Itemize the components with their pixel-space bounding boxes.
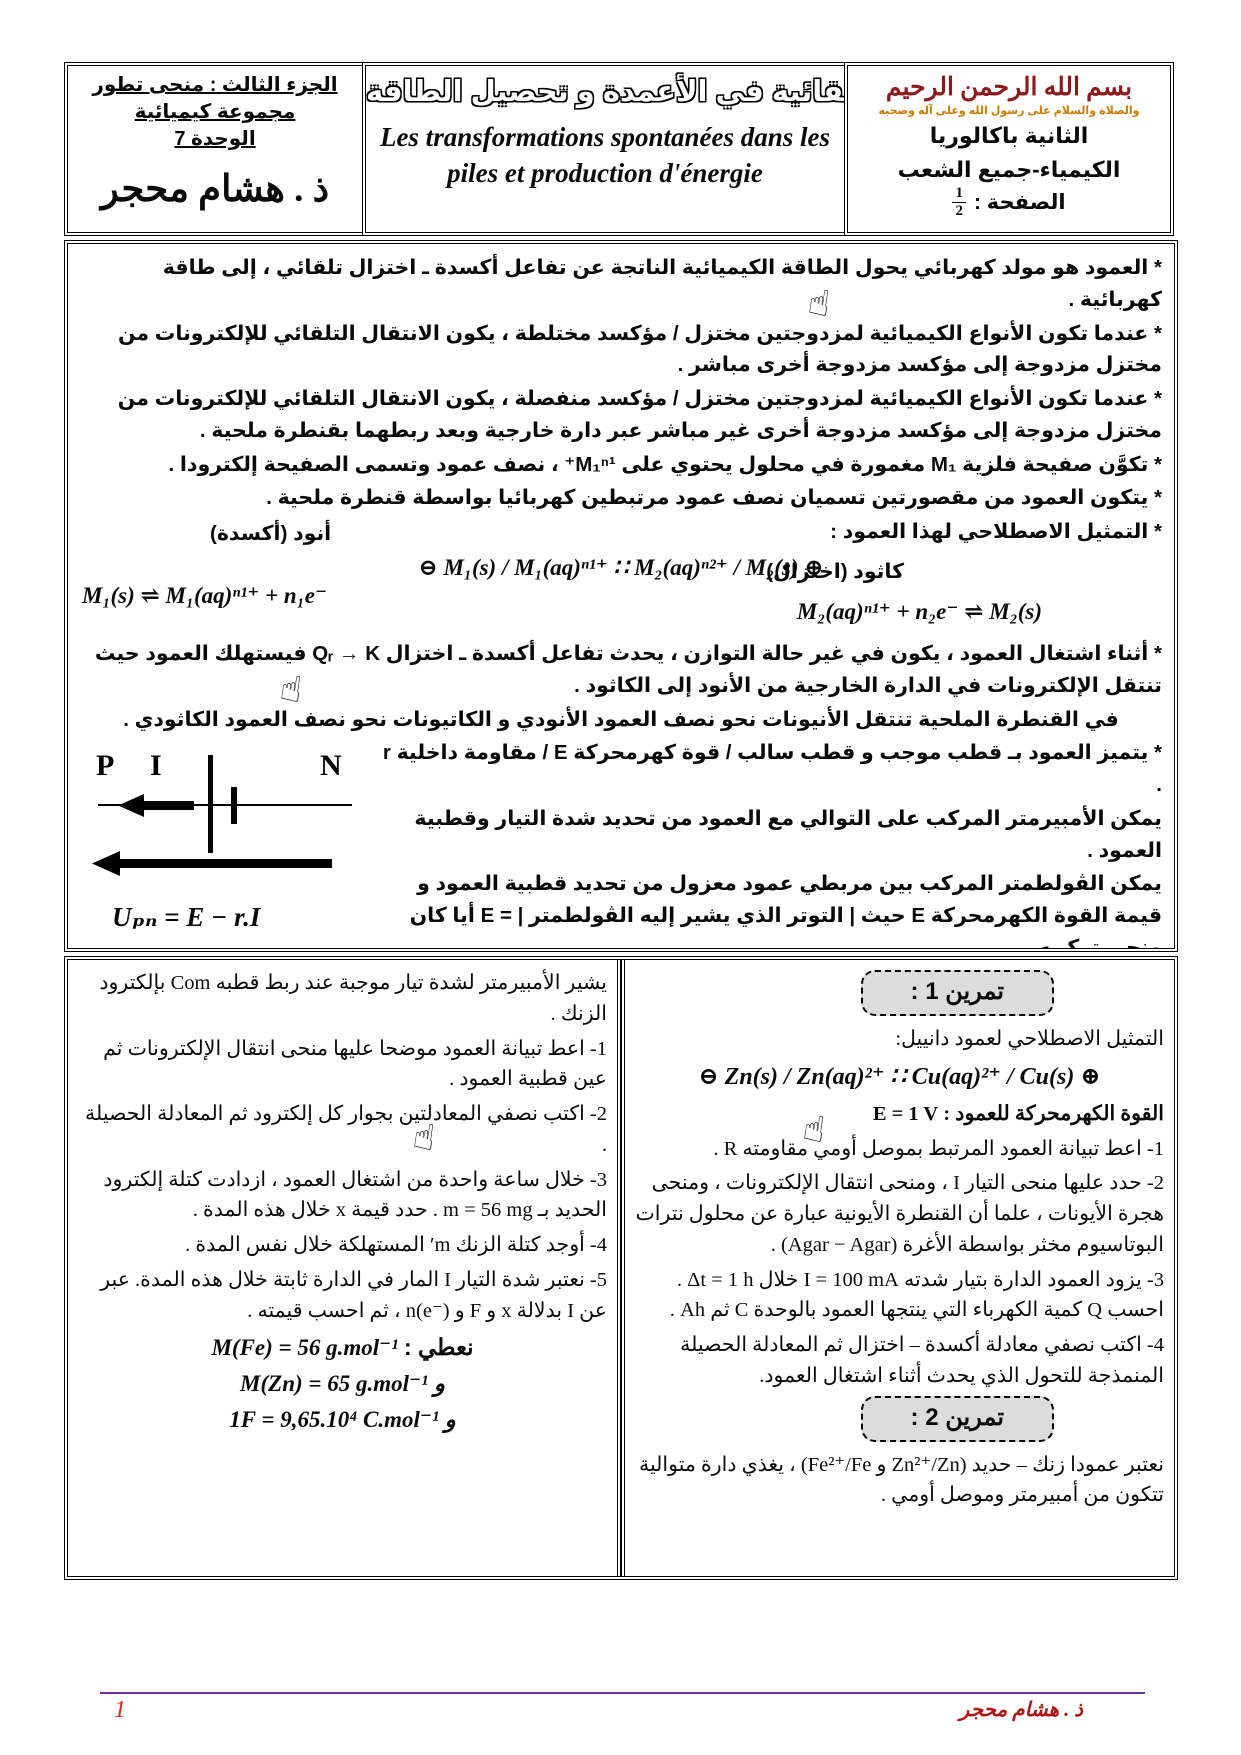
- footer-page-number: 1: [114, 1697, 126, 1724]
- given-line-1: نعطي : M(Fe) = 56 g.mol⁻¹: [78, 1330, 607, 1366]
- exercise-1-emf: القوة الكهرمحركة للعمود : E = 1 V: [635, 1099, 1164, 1130]
- footer-row: 1 ذ . هشام محجر: [100, 1697, 1145, 1724]
- given-data-block: نعطي : M(Fe) = 56 g.mol⁻¹ و M(Zn) = 65 g…: [78, 1330, 607, 1437]
- teacher-signature: ذ . هشام محجر: [68, 167, 362, 211]
- voltage-arrow-shaft: [118, 859, 332, 868]
- footer-divider: [100, 1692, 1145, 1694]
- page-fraction-numerator: 1: [952, 186, 966, 203]
- lesson-title-french-line1: Les transformations spontanées dans les: [366, 119, 844, 155]
- unit-line-2: مجموعة كيميائية: [68, 99, 362, 126]
- circuit-label-p: P: [96, 749, 114, 782]
- exercises-right-column: تمرين 1 : التمثيل الاصطلاحي لعمود دانييل…: [621, 960, 1174, 1576]
- lesson-point-2: * عندما تكون الأنواع الكيميائية لمزدوجتي…: [80, 318, 1162, 382]
- page-fraction-denominator: 2: [952, 203, 966, 219]
- lesson-title-french-line2: piles et production d'énergie: [366, 155, 844, 191]
- exercises-left-column: يشير الأمبيرمتر لشدة تيار موجبة عند ربط …: [68, 960, 621, 1576]
- lesson-point-4: * تكوَّن صفيحة فلزية M₁ مغمورة في محلول …: [80, 449, 1162, 481]
- anode-half-equation: M₁(s) ⇌ M₁(aq)ⁿ¹⁺ + n₁e⁻: [82, 578, 327, 614]
- lesson-point-3: * عندما تكون الأنواع الكيميائية لمزدوجتي…: [80, 383, 1162, 447]
- lesson-point-6: * التمثيل الاصطلاحي لهذا العمود :: [830, 516, 1162, 548]
- exercise-2-lead: يشير الأمبيرمتر لشدة تيار موجبة عند ربط …: [78, 968, 607, 1030]
- daniell-cell-notation: ⊖ Zn(s) / Zn(aq)²⁺ ∷ Cu(aq)²⁺ / Cu(s) ⊕: [635, 1059, 1164, 1095]
- lesson-title-french: Les transformations spontanées dans les …: [366, 119, 844, 192]
- header: الجزء الثالث : منحى تطور مجموعة كيميائية…: [64, 62, 1178, 236]
- page-footer: 1 ذ . هشام محجر: [100, 1692, 1145, 1724]
- exercise-2-question-4: 4- أوجد كتلة الزنك m′ المستهلكة خلال نفس…: [78, 1230, 607, 1261]
- subject-line: الكيمياء-جميع الشعب: [848, 155, 1170, 185]
- lesson-point-1: * العمود هو مولد كهربائي يحول الطاقة الك…: [80, 252, 1162, 316]
- salawat-line: والصلاة والسلام على رسول الله وعلى آله و…: [848, 104, 1170, 117]
- battery-long-plate: [208, 755, 213, 853]
- page-indicator: الصفحة : 1 2: [848, 186, 1170, 219]
- cell-circuit-diagram: P I N: [84, 743, 376, 885]
- footer-author: ذ . هشام محجر: [960, 1697, 1083, 1724]
- document-body: الجزء الثالث : منحى تطور مجموعة كيميائية…: [64, 62, 1178, 1580]
- lesson-summary-box: * العمود هو مولد كهربائي يحول الطاقة الك…: [64, 240, 1178, 952]
- exercise-1-question-4: 4- اكتب نصفي معادلة أكسدة – اختزال ثم ال…: [635, 1330, 1164, 1392]
- lesson-title-arabic: التحولات التلقائية في الأعمدة و تحصيل ال…: [366, 74, 844, 109]
- unit-line-1: الجزء الثالث : منحى تطور: [68, 72, 362, 99]
- current-arrow-head: [118, 794, 144, 817]
- upn-formula: Uₚₙ = E − r.I: [112, 897, 376, 939]
- exercise-1-title: تمرين 1 :: [861, 970, 1054, 1016]
- exercise-1-intro: التمثيل الاصطلاحي لعمود دانييل:: [635, 1024, 1164, 1055]
- circuit-label-i: I: [150, 749, 162, 782]
- header-title-box: التحولات التلقائية في الأعمدة و تحصيل ال…: [362, 62, 848, 236]
- anode-label: أنود (أكسدة): [210, 518, 331, 550]
- exercise-1-question-2: 2- حدد عليها منحى التيار I ، ومنحى انتقا…: [635, 1168, 1164, 1260]
- page-label: الصفحة :: [974, 190, 1066, 215]
- given-faraday-constant: و 1F = 9,65.10⁴ C.mol⁻¹: [78, 1402, 607, 1438]
- exercise-2-question-3: 3- خلال ساعة واحدة من اشتغال العمود ، از…: [78, 1165, 607, 1227]
- exercise-2-question-2: 2- اكتب نصفي المعادلتين بجوار كل إلكترود…: [78, 1099, 607, 1161]
- exercise-2-question-1: 1- اعط تبيانة العمود موضحا عليها منحى ان…: [78, 1034, 607, 1096]
- exercise-1-question-1: 1- اعط تبيانة العمود المرتبط بموصل أومي …: [635, 1134, 1164, 1165]
- lesson-point-5: * يتكون العمود من مقصورتين تسميان نصف عم…: [80, 482, 1162, 514]
- school-level: الثانية باكالوريا: [848, 121, 1170, 151]
- exercises-section: تمرين 1 : التمثيل الاصطلاحي لعمود دانييل…: [64, 956, 1178, 1580]
- exercise-2-question-5: 5- نعتبر شدة التيار I المار في الدارة ثا…: [78, 1265, 607, 1327]
- lesson-point-8: في القنطرة الملحية تنتقل الأنيونات نحو ن…: [80, 704, 1162, 736]
- given-molar-mass-fe: M(Fe) = 56 g.mol⁻¹: [211, 1335, 398, 1360]
- worksheet-page: الجزء الثالث : منحى تطور مجموعة كيميائية…: [0, 0, 1241, 1755]
- exercise-2-title: تمرين 2 :: [861, 1396, 1054, 1442]
- voltage-arrow-head: [92, 851, 120, 876]
- given-molar-mass-zn: و M(Zn) = 65 g.mol⁻¹: [78, 1366, 607, 1402]
- cell-notation-diagram: * التمثيل الاصطلاحي لهذا العمود : أنود (…: [80, 516, 1162, 638]
- exercise-1-question-3: 3- يزود العمود الدارة بتيار شدته I = 100…: [635, 1265, 1164, 1327]
- given-label: نعطي :: [404, 1334, 474, 1360]
- lesson-point-7: * أثناء اشتغال العمود ، يكون في غير حالة…: [80, 638, 1162, 702]
- page-fraction: 1 2: [952, 186, 966, 219]
- cell-notation-formula: ⊖ M₁(s) / M₁(aq)ⁿ¹⁺ ∷ M₂(aq)ⁿ²⁺ / M₂(s) …: [418, 550, 823, 586]
- pile-circuit-figure: P I N Uₚₙ = E − r.I: [84, 743, 376, 939]
- header-info-box: بسم الله الرحمن الرحيم والصلاة والسلام ع…: [844, 62, 1174, 236]
- current-arrow-shaft: [144, 801, 194, 810]
- exercise-2-intro: نعتبر عمودا زنك – حديد (Zn²⁺/Zn و Fe²⁺/F…: [635, 1450, 1164, 1512]
- circuit-label-n: N: [320, 749, 342, 782]
- header-unit-box: الجزء الثالث : منحى تطور مجموعة كيميائية…: [64, 62, 366, 236]
- battery-short-plate: [231, 787, 237, 824]
- cathode-half-equation: M₂(aq)ⁿ¹⁺ + n₂e⁻ ⇌ M₂(s): [797, 594, 1042, 630]
- bismillah-calligraphy: بسم الله الرحمن الرحيم: [848, 72, 1170, 102]
- unit-line-3: الوحدة 7: [68, 126, 362, 153]
